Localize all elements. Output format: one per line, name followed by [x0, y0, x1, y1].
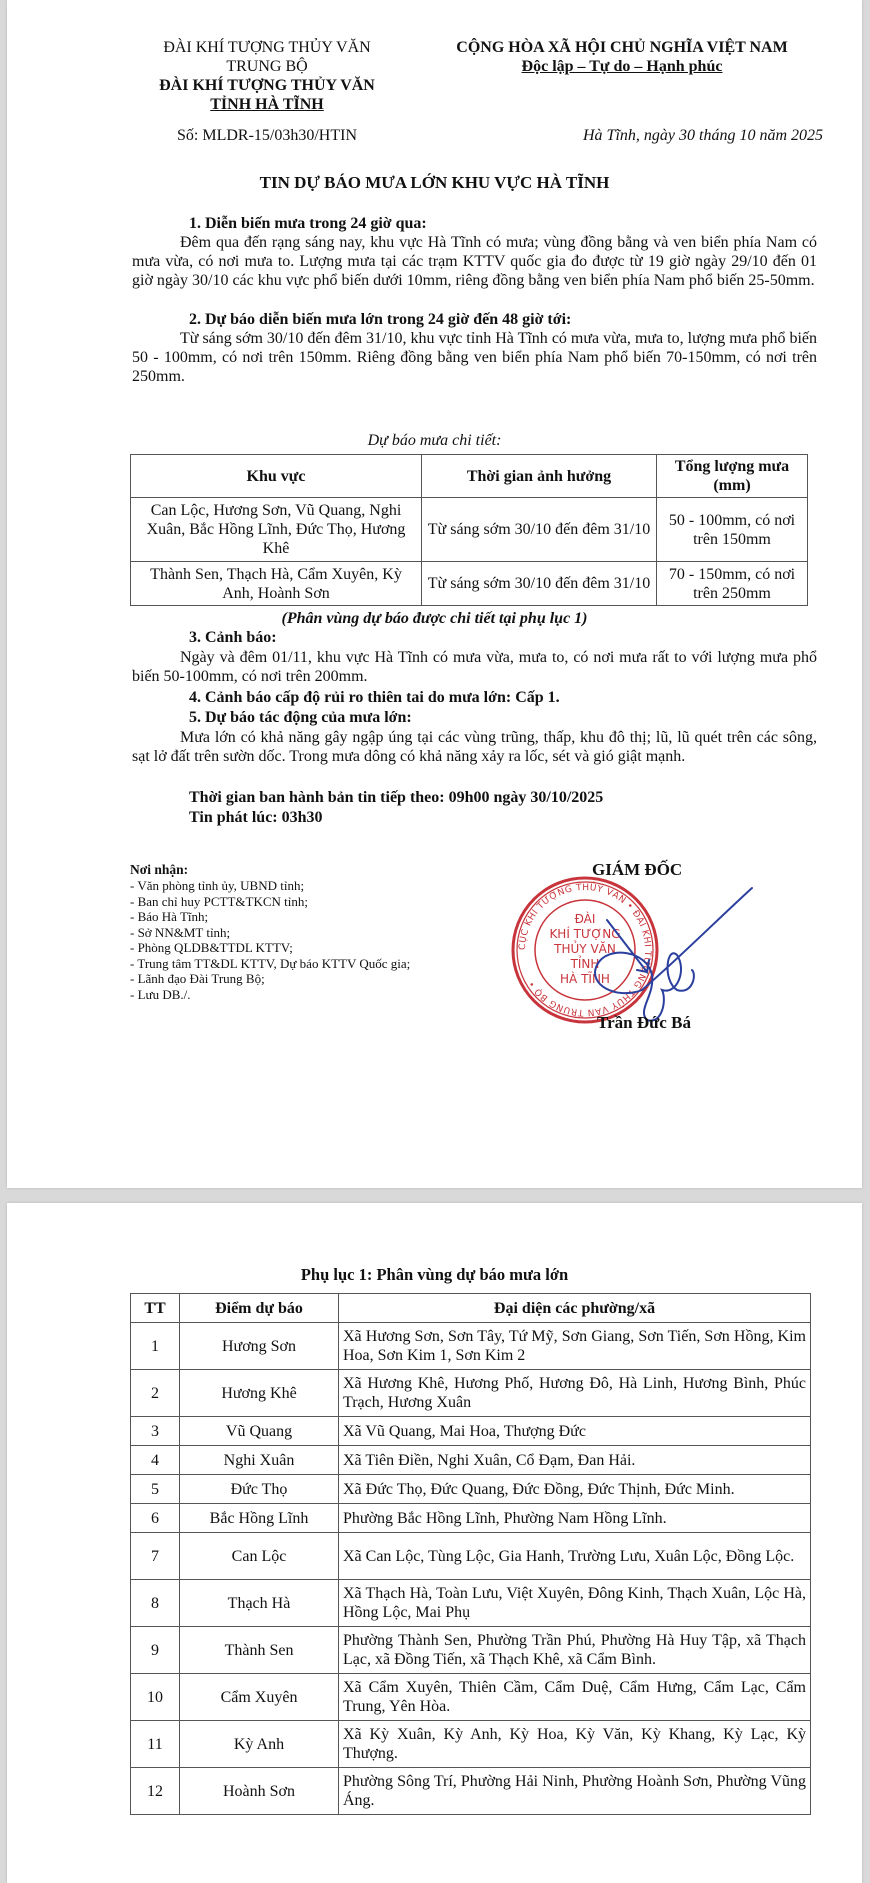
document-page-2: Phụ lục 1: Phân vùng dự báo mưa lớn TT Đ…: [7, 1203, 862, 1883]
place-date: Hà Tĩnh, ngày 30 tháng 10 năm 2025: [467, 126, 823, 145]
agency-parent-line2: TRUNG BỘ: [137, 57, 397, 76]
cell-forecast-point: Hoành Sơn: [180, 1768, 339, 1815]
cell-no: 12: [131, 1768, 180, 1815]
appendix-title: Phụ lục 1: Phân vùng dự báo mưa lớn: [7, 1265, 862, 1285]
cell-time: Từ sáng sớm 30/10 đến đêm 31/10: [422, 562, 657, 606]
document-page-1: ĐÀI KHÍ TƯỢNG THỦY VĂN TRUNG BỘ ĐÀI KHÍ …: [7, 0, 862, 1188]
cell-forecast-point: Bắc Hồng Lĩnh: [180, 1504, 339, 1533]
cell-rainfall: 50 - 100mm, có nơi trên 150mm: [657, 498, 808, 562]
table-row: Thành Sen, Thạch Hà, Cẩm Xuyên, Kỳ Anh, …: [131, 562, 808, 606]
cell-no: 8: [131, 1580, 180, 1627]
col-header-area: Khu vực: [131, 455, 422, 498]
cell-forecast-point: Can Lộc: [180, 1533, 339, 1580]
recipients-label: Nơi nhận:: [130, 862, 530, 878]
section-5-heading: 5. Dự báo tác động của mưa lớn:: [189, 708, 829, 727]
table-row: 9Thành SenPhường Thành Sen, Phường Trần …: [131, 1627, 811, 1674]
issued-at: Tin phát lúc: 03h30: [189, 808, 829, 827]
appendix-table: TT Điểm dự báo Đại diện các phường/xã 1H…: [130, 1293, 811, 1815]
cell-wards: Xã Thạch Hà, Toàn Lưu, Việt Xuyên, Đông …: [339, 1580, 811, 1627]
cell-wards: Xã Vũ Quang, Mai Hoa, Thượng Đức: [339, 1417, 811, 1446]
cell-no: 5: [131, 1475, 180, 1504]
agency-name-line1: ĐÀI KHÍ TƯỢNG THỦY VĂN: [137, 76, 397, 95]
cell-no: 7: [131, 1533, 180, 1580]
table-row: 1Hương SơnXã Hương Sơn, Sơn Tây, Tứ Mỹ, …: [131, 1323, 811, 1370]
recipients-list: Nơi nhận: - Văn phòng tỉnh ủy, UBND tỉnh…: [130, 862, 530, 1002]
table-row: 10Cẩm XuyênXã Cẩm Xuyên, Thiên Cầm, Cẩm …: [131, 1674, 811, 1721]
cell-forecast-point: Hương Khê: [180, 1370, 339, 1417]
cell-forecast-point: Vũ Quang: [180, 1417, 339, 1446]
cell-wards: Phường Sông Trí, Phường Hải Ninh, Phường…: [339, 1768, 811, 1815]
forecast-table: Khu vực Thời gian ảnh hưởng Tổng lượng m…: [130, 454, 808, 606]
document-number: Số: MLDR-15/03h30/HTIN: [137, 126, 397, 145]
cell-rainfall: 70 - 150mm, có nơi trên 250mm: [657, 562, 808, 606]
cell-wards: Phường Thành Sen, Phường Trần Phú, Phườn…: [339, 1627, 811, 1674]
table-row: 3Vũ QuangXã Vũ Quang, Mai Hoa, Thượng Đứ…: [131, 1417, 811, 1446]
cell-no: 10: [131, 1674, 180, 1721]
recipient-item: - Lãnh đạo Đài Trung Bộ;: [130, 971, 530, 987]
section-4-heading: 4. Cảnh báo cấp độ rủi ro thiên tai do m…: [189, 688, 829, 707]
table-row: 7Can LộcXã Can Lộc, Tùng Lộc, Gia Hanh, …: [131, 1533, 811, 1580]
cell-area: Thành Sen, Thạch Hà, Cẩm Xuyên, Kỳ Anh, …: [131, 562, 422, 606]
cell-no: 3: [131, 1417, 180, 1446]
recipient-item: - Trung tâm TT&DL KTTV, Dự báo KTTV Quốc…: [130, 956, 530, 972]
table-row: 4Nghi XuânXã Tiên Điền, Nghi Xuân, Cổ Đạ…: [131, 1446, 811, 1475]
col-header-time: Thời gian ảnh hưởng: [422, 455, 657, 498]
cell-forecast-point: Đức Thọ: [180, 1475, 339, 1504]
cell-forecast-point: Cẩm Xuyên: [180, 1674, 339, 1721]
agency-parent-line1: ĐÀI KHÍ TƯỢNG THỦY VĂN: [137, 38, 397, 57]
cell-no: 9: [131, 1627, 180, 1674]
cell-no: 2: [131, 1370, 180, 1417]
recipient-item: - Ban chỉ huy PCTT&TKCN tỉnh;: [130, 894, 530, 910]
cell-wards: Xã Cẩm Xuyên, Thiên Cầm, Cẩm Duệ, Cẩm Hư…: [339, 1674, 811, 1721]
signature-icon: [567, 880, 757, 1030]
cell-wards: Phường Bắc Hồng Lĩnh, Phường Nam Hồng Lĩ…: [339, 1504, 811, 1533]
document-title: TIN DỰ BÁO MƯA LỚN KHU VỰC HÀ TĨNH: [7, 173, 862, 193]
section-1-heading: 1. Diễn biến mưa trong 24 giờ qua:: [189, 214, 829, 233]
table-note: (Phân vùng dự báo được chi tiết tại phụ …: [7, 609, 862, 628]
cell-no: 11: [131, 1721, 180, 1768]
col-header-point: Điểm dự báo: [180, 1294, 339, 1323]
cell-forecast-point: Thành Sen: [180, 1627, 339, 1674]
col-header-no: TT: [131, 1294, 180, 1323]
col-header-rainfall: Tổng lượng mưa (mm): [657, 455, 808, 498]
table-caption: Dự báo mưa chi tiết:: [7, 431, 862, 450]
cell-forecast-point: Thạch Hà: [180, 1580, 339, 1627]
section-3-heading: 3. Cảnh báo:: [189, 628, 829, 647]
agency-header: ĐÀI KHÍ TƯỢNG THỦY VĂN TRUNG BỘ ĐÀI KHÍ …: [137, 38, 397, 114]
cell-no: 1: [131, 1323, 180, 1370]
cell-time: Từ sáng sớm 30/10 đến đêm 31/10: [422, 498, 657, 562]
table-row: 6Bắc Hồng LĩnhPhường Bắc Hồng Lĩnh, Phườ…: [131, 1504, 811, 1533]
section-2-body: Từ sáng sớm 30/10 đến đêm 31/10, khu vực…: [132, 329, 817, 386]
next-issue-time: Thời gian ban hành bản tin tiếp theo: 09…: [189, 788, 829, 807]
cell-forecast-point: Hương Sơn: [180, 1323, 339, 1370]
national-motto: Độc lập – Tự do – Hạnh phúc: [417, 57, 827, 76]
cell-wards: Xã Kỳ Xuân, Kỳ Anh, Kỳ Hoa, Kỳ Văn, Kỳ K…: [339, 1721, 811, 1768]
recipient-item: - Phòng QLDB&TTDL KTTV;: [130, 940, 530, 956]
cell-no: 4: [131, 1446, 180, 1475]
nation-title: CỘNG HÒA XÃ HỘI CHỦ NGHĨA VIỆT NAM: [417, 38, 827, 57]
recipient-item: - Báo Hà Tĩnh;: [130, 909, 530, 925]
table-row: 5Đức ThọXã Đức Thọ, Đức Quang, Đức Đồng,…: [131, 1475, 811, 1504]
signer-name: Trần Đức Bá: [597, 1013, 691, 1033]
recipient-item: - Văn phòng tỉnh ủy, UBND tỉnh;: [130, 878, 530, 894]
cell-wards: Xã Đức Thọ, Đức Quang, Đức Đồng, Đức Thị…: [339, 1475, 811, 1504]
table-row: 8Thạch HàXã Thạch Hà, Toàn Lưu, Việt Xuy…: [131, 1580, 811, 1627]
table-row: Can Lộc, Hương Sơn, Vũ Quang, Nghi Xuân,…: [131, 498, 808, 562]
cell-forecast-point: Kỳ Anh: [180, 1721, 339, 1768]
table-row: 12Hoành SơnPhường Sông Trí, Phường Hải N…: [131, 1768, 811, 1815]
agency-name-line2: TỈNH HÀ TĨNH: [137, 95, 397, 114]
table-row: 11Kỳ AnhXã Kỳ Xuân, Kỳ Anh, Kỳ Hoa, Kỳ V…: [131, 1721, 811, 1768]
section-1-body: Đêm qua đến rạng sáng nay, khu vực Hà Tĩ…: [132, 233, 817, 290]
section-3-body: Ngày và đêm 01/11, khu vực Hà Tĩnh có mư…: [132, 648, 817, 686]
cell-area: Can Lộc, Hương Sơn, Vũ Quang, Nghi Xuân,…: [131, 498, 422, 562]
cell-wards: Xã Hương Sơn, Sơn Tây, Tứ Mỹ, Sơn Giang,…: [339, 1323, 811, 1370]
recipient-item: - Sở NN&MT tỉnh;: [130, 925, 530, 941]
section-2-heading: 2. Dự báo diễn biến mưa lớn trong 24 giờ…: [189, 310, 829, 329]
cell-forecast-point: Nghi Xuân: [180, 1446, 339, 1475]
national-header: CỘNG HÒA XÃ HỘI CHỦ NGHĨA VIỆT NAM Độc l…: [417, 38, 827, 76]
recipient-item: - Lưu DB./.: [130, 987, 530, 1003]
cell-wards: Xã Can Lộc, Tùng Lộc, Gia Hanh, Trường L…: [339, 1533, 811, 1580]
col-header-wards: Đại diện các phường/xã: [339, 1294, 811, 1323]
section-5-body: Mưa lớn có khả năng gây ngập úng tại các…: [132, 728, 817, 766]
cell-wards: Xã Hương Khê, Hương Phố, Hương Đô, Hà Li…: [339, 1370, 811, 1417]
cell-no: 6: [131, 1504, 180, 1533]
cell-wards: Xã Tiên Điền, Nghi Xuân, Cổ Đạm, Đan Hải…: [339, 1446, 811, 1475]
table-row: 2Hương KhêXã Hương Khê, Hương Phố, Hương…: [131, 1370, 811, 1417]
